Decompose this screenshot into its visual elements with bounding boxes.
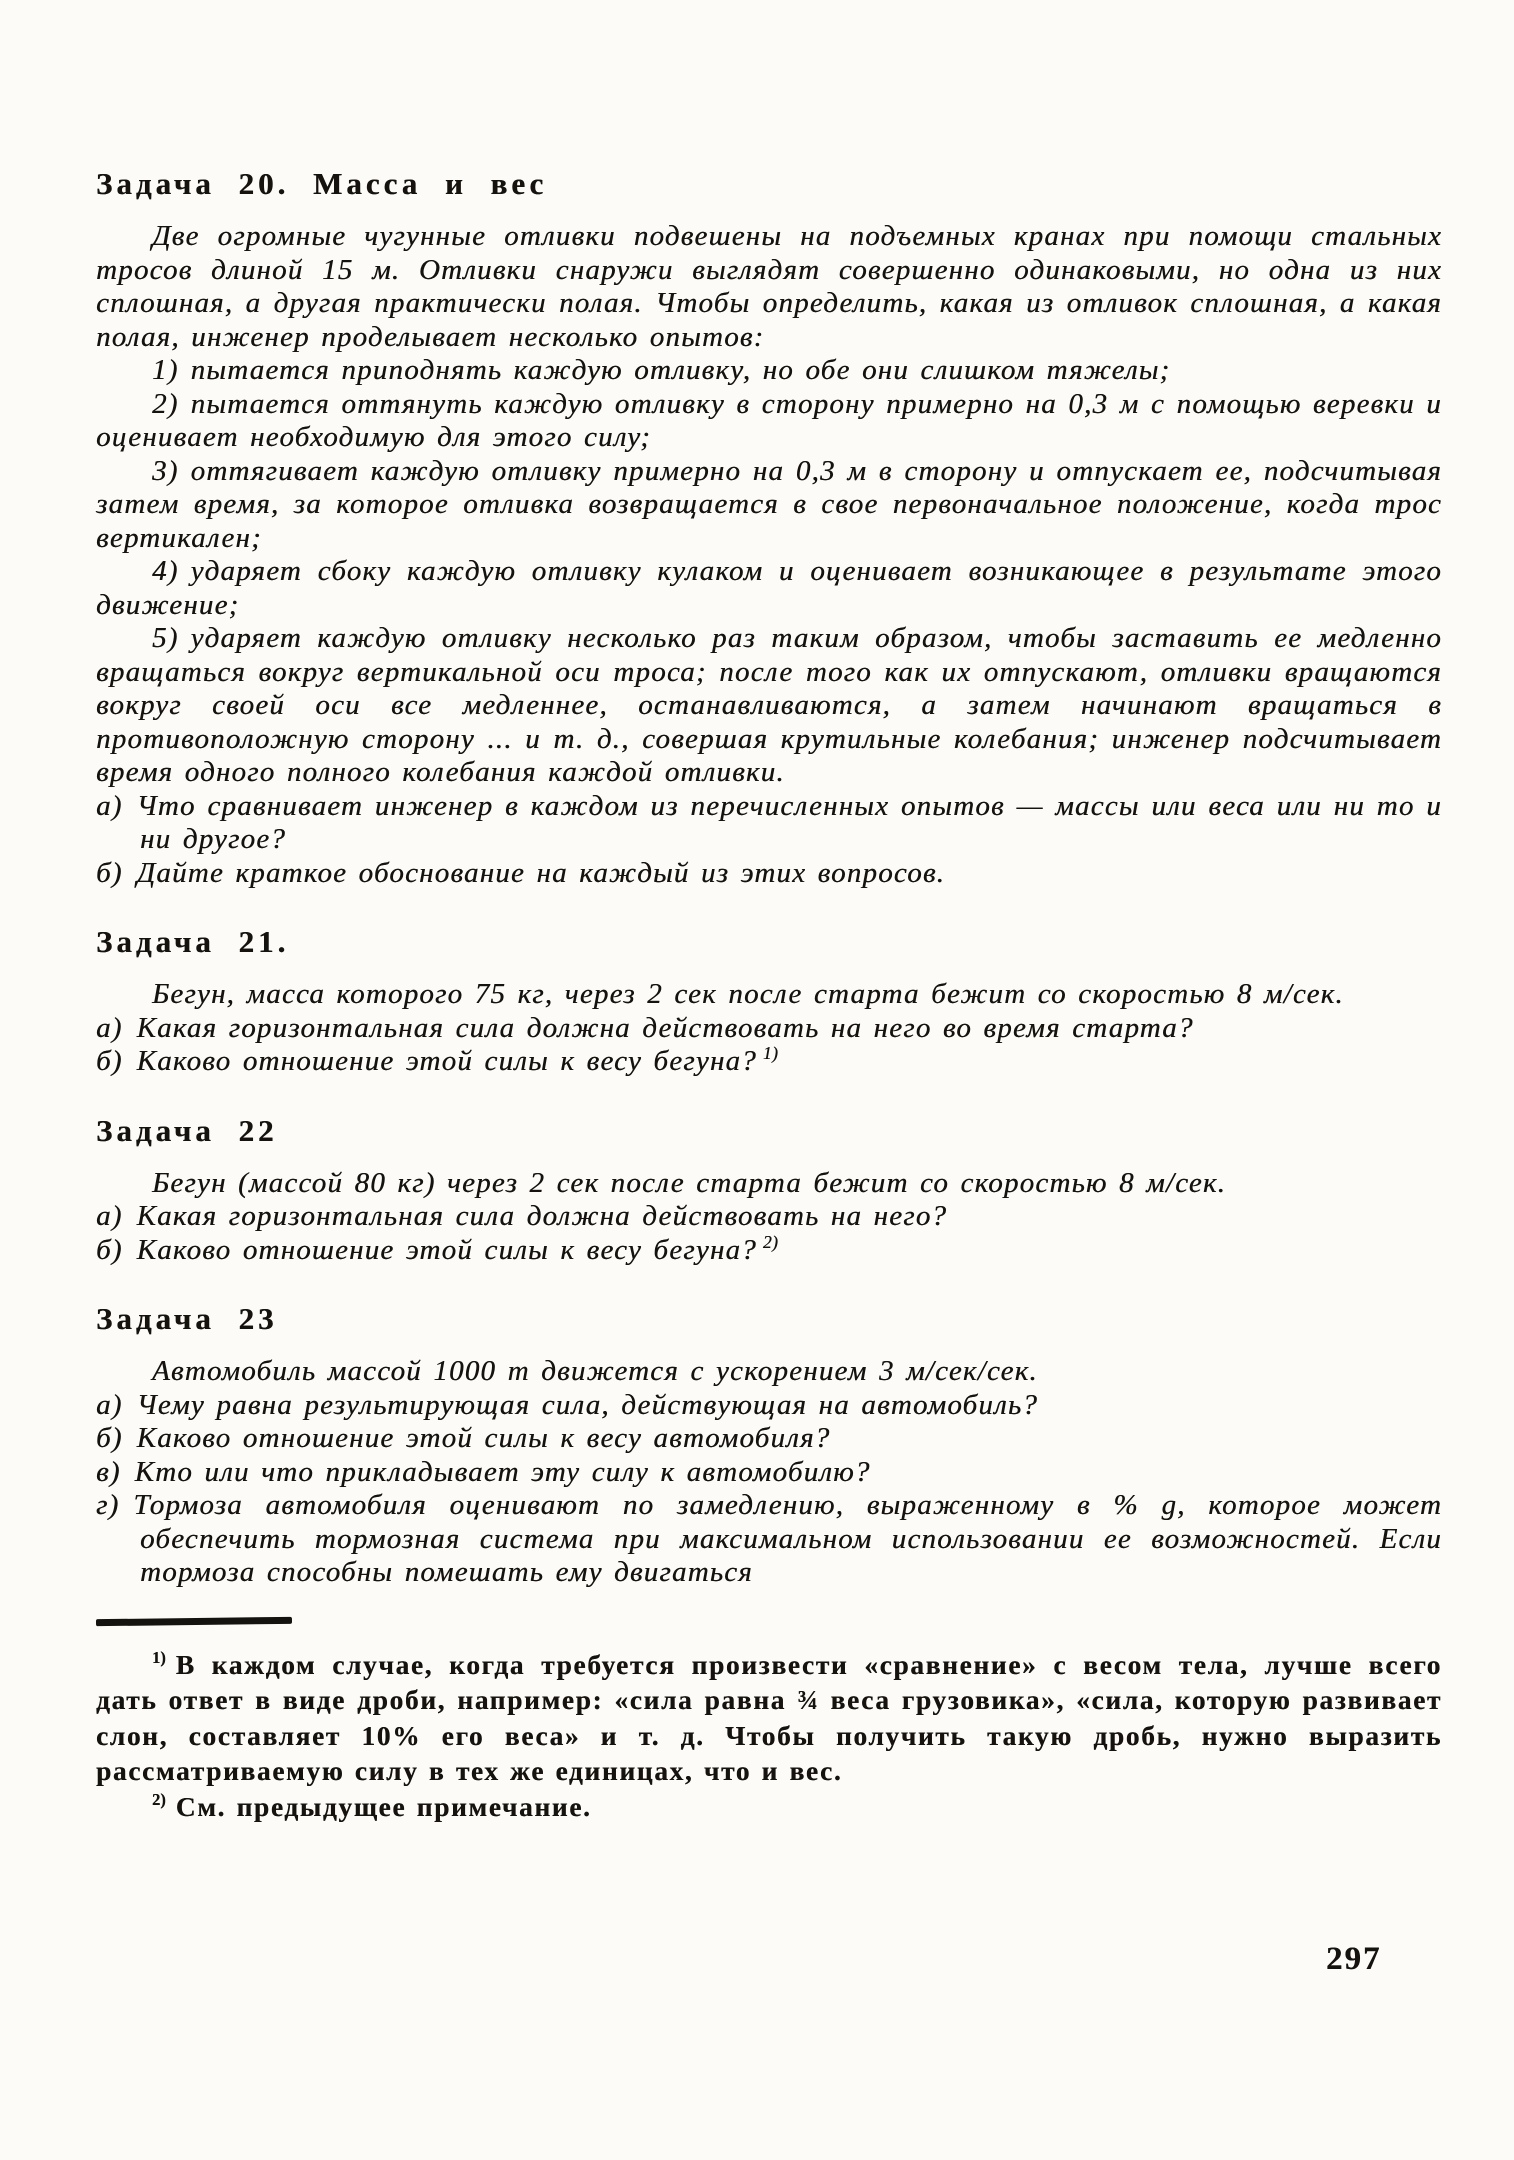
- footnote-text: В каждом случае, когда требуется произве…: [96, 1649, 1442, 1787]
- question-text: Каково отношение этой силы к весу автомо…: [137, 1422, 831, 1454]
- question-item: в)Кто или что прикладывает эту силу к ав…: [96, 1456, 1442, 1490]
- question-text: Что сравнивает инженер в каждом из переч…: [137, 790, 1442, 856]
- footnote-marker: 1): [152, 1648, 166, 1667]
- question-label: а): [96, 790, 123, 822]
- problem-22: Задача 22 Бегун (массой 80 кг) через 2 с…: [96, 1113, 1442, 1268]
- experiment-item: 2)пытается оттянуть каждую отливку в сто…: [96, 388, 1442, 455]
- item-number: 4): [152, 555, 179, 587]
- item-number: 3): [152, 455, 179, 487]
- problem-21-intro: Бегун, масса которого 75 кг, через 2 сек…: [96, 978, 1442, 1012]
- question-label: а): [96, 1200, 123, 1232]
- problem-20-intro: Две огромные чугунные отливки подвешены …: [96, 220, 1442, 354]
- question-text: Какая горизонтальная сила должна действо…: [137, 1200, 948, 1232]
- item-number: 5): [152, 622, 179, 654]
- footnote-marker: 2): [152, 1790, 166, 1809]
- question-item: а)Чему равна результирующая сила, действ…: [96, 1389, 1442, 1423]
- page-number: 297: [1326, 1941, 1382, 1978]
- problem-23-intro: Автомобиль массой 1000 т движется с уско…: [96, 1355, 1442, 1389]
- question-item: а)Что сравнивает инженер в каждом из пер…: [96, 790, 1442, 857]
- footnote-separator-rule: [96, 1616, 292, 1625]
- item-text: пытается оттянуть каждую отливку в сторо…: [96, 388, 1442, 454]
- question-text: Тормоза автомобиля оценивают по замедлен…: [133, 1489, 1442, 1588]
- footnote-reference: 2): [763, 1232, 779, 1252]
- problem-22-intro: Бегун (массой 80 кг) через 2 сек после с…: [96, 1167, 1442, 1201]
- question-item: б)Каково отношение этой силы к весу бегу…: [96, 1234, 1442, 1268]
- experiment-item: 5)ударяет каждую отливку несколько раз т…: [96, 622, 1442, 790]
- question-text: Каково отношение этой силы к весу бегуна…: [137, 1045, 757, 1077]
- question-label: в): [96, 1456, 121, 1488]
- question-item: г)Тормоза автомобиля оценивают по замедл…: [96, 1489, 1442, 1590]
- footnote: 2)См. предыдущее примечание.: [96, 1789, 1442, 1825]
- experiment-item: 4)ударяет сбоку каждую отливку кулаком и…: [96, 555, 1442, 622]
- experiment-item: 1)пытается приподнять каждую отливку, но…: [96, 354, 1442, 388]
- footnote-reference: 1): [763, 1043, 779, 1063]
- item-number: 2): [152, 388, 179, 420]
- item-number: 1): [152, 354, 179, 386]
- question-item: б)Дайте краткое обоснование на каждый из…: [96, 857, 1442, 891]
- question-text: Какая горизонтальная сила должна действо…: [137, 1012, 1194, 1044]
- question-item: б)Каково отношение этой силы к весу авто…: [96, 1422, 1442, 1456]
- problem-23: Задача 23 Автомобиль массой 1000 т движе…: [96, 1301, 1442, 1590]
- question-label: б): [96, 857, 123, 889]
- question-label: б): [96, 1234, 123, 1266]
- question-item: а)Какая горизонтальная сила должна дейст…: [96, 1200, 1442, 1234]
- problem-23-heading: Задача 23: [96, 1301, 1442, 1337]
- experiment-item: 3)оттягивает каждую отливку примерно на …: [96, 455, 1442, 556]
- question-label: б): [96, 1045, 123, 1077]
- item-text: оттягивает каждую отливку примерно на 0,…: [96, 455, 1442, 554]
- problem-20: Задача 20. Масса и вес Две огромные чугу…: [96, 166, 1442, 890]
- question-text: Чему равна результирующая сила, действую…: [137, 1389, 1038, 1421]
- question-label: а): [96, 1389, 123, 1421]
- item-text: ударяет каждую отливку несколько раз так…: [96, 622, 1442, 788]
- problem-20-heading: Задача 20. Масса и вес: [96, 166, 1442, 202]
- footnotes: 1)В каждом случае, когда требуется произ…: [96, 1647, 1442, 1825]
- question-text: Дайте краткое обоснование на каждый из э…: [137, 857, 945, 889]
- question-label: г): [96, 1489, 119, 1521]
- question-text: Каково отношение этой силы к весу бегуна…: [137, 1234, 757, 1266]
- question-item: б)Каково отношение этой силы к весу бегу…: [96, 1045, 1442, 1079]
- footnote-text: См. предыдущее примечание.: [176, 1791, 592, 1822]
- question-item: а)Какая горизонтальная сила должна дейст…: [96, 1012, 1442, 1046]
- problem-22-heading: Задача 22: [96, 1113, 1442, 1149]
- item-text: ударяет сбоку каждую отливку кулаком и о…: [96, 555, 1442, 621]
- question-label: а): [96, 1012, 123, 1044]
- item-text: пытается приподнять каждую отливку, но о…: [191, 354, 1171, 386]
- footnote: 1)В каждом случае, когда требуется произ…: [96, 1647, 1442, 1789]
- question-label: б): [96, 1422, 123, 1454]
- page-content: Задача 20. Масса и вес Две огромные чугу…: [96, 166, 1442, 1824]
- problem-21: Задача 21. Бегун, масса которого 75 кг, …: [96, 924, 1442, 1079]
- question-text: Кто или что прикладывает эту силу к авто…: [135, 1456, 871, 1488]
- book-page: Задача 20. Масса и вес Две огромные чугу…: [0, 0, 1514, 2160]
- problem-21-heading: Задача 21.: [96, 924, 1442, 960]
